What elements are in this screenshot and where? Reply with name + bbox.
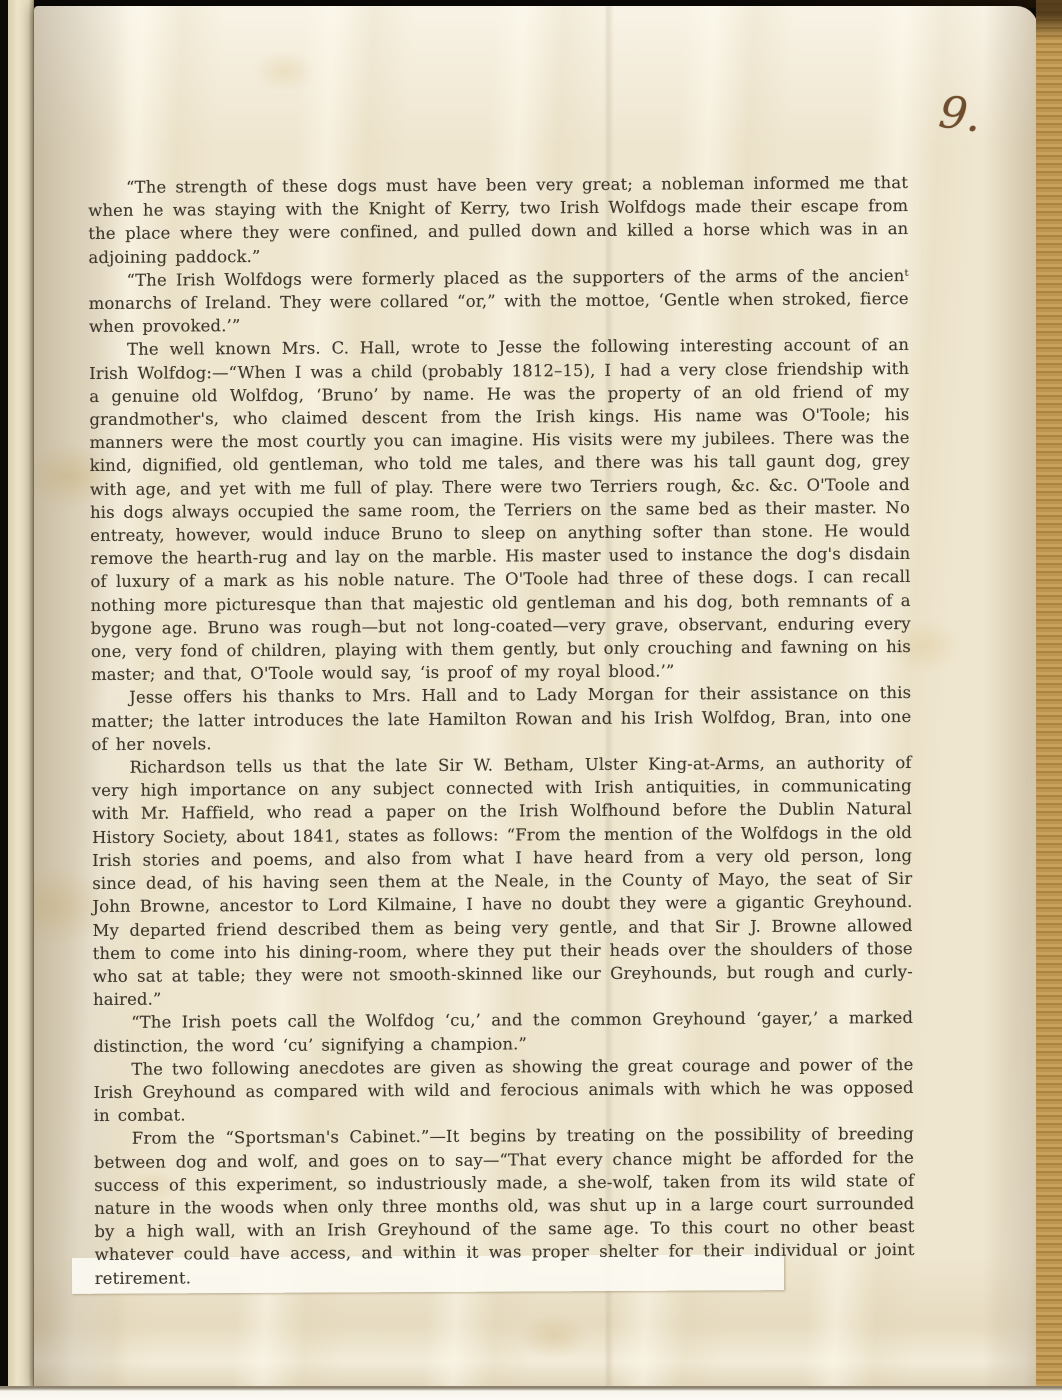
paragraph-two-anecdotes: The two following anecdotes are given as… [93,1053,913,1128]
paragraph-jesse-thanks: Jesse offers his thanks to Mrs. Hall and… [91,681,911,756]
paragraph-strength-of-dogs: “The strength of these dogs must have be… [88,171,909,269]
scan-edge-bottom [0,1386,1062,1400]
page-edges-right [1036,0,1062,1400]
paragraph-richardson-betham: Richardson tells us that the late Sir W.… [92,751,914,1011]
previous-page-edge [8,0,34,1400]
page-number: 9. [936,87,1032,149]
paragraph-supporters-of-arms: “The Irish Wolfdogs were formerly placed… [89,264,909,339]
book-scan: 9. “The strength of these dogs must have… [0,0,1062,1400]
book-page: 9. “The strength of these dogs must have… [34,6,1038,1390]
paragraph-irish-poets-cu: “The Irish poets call the Wolfdog ‘cu,’ … [93,1006,913,1057]
paragraph-mrs-hall-account: The well known Mrs. C. Hall, wrote to Je… [89,333,911,686]
text-block: “The strength of these dogs must have be… [88,171,915,1290]
paragraph-sportsmans-cabinet: From the “Sportsman's Cabinet.”—It begin… [94,1122,915,1289]
